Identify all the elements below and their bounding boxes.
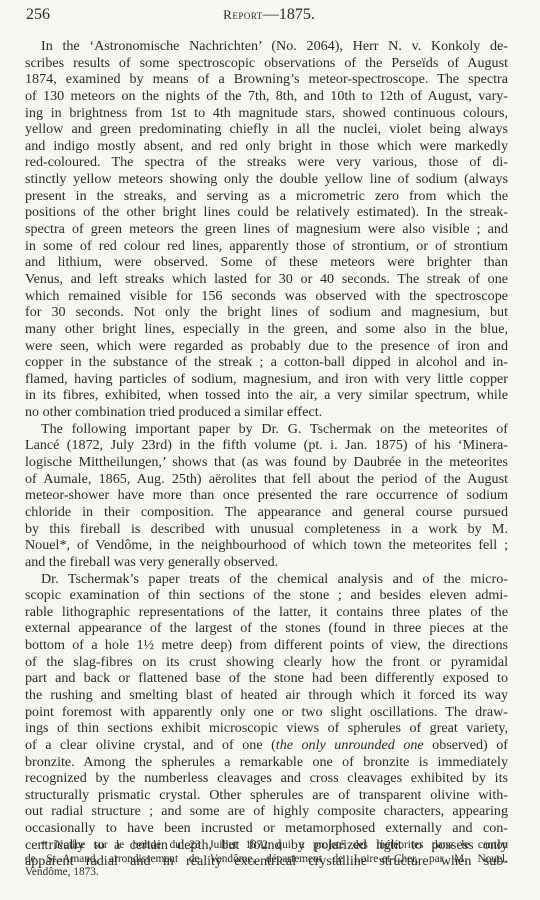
text-line: yellow and green predominating chiefly i…: [25, 121, 508, 138]
text-line: Nouel*, of Vendôme, in the neighbourhood…: [25, 537, 508, 554]
text-fragment: observed) of: [424, 737, 508, 753]
text-line: stinctly yellow meteors showing only the…: [25, 171, 508, 188]
footnote-line: Vendôme, 1873.: [25, 866, 508, 880]
text-line: 1874, examined by means of a Browning’s …: [25, 71, 508, 88]
text-line: of the slag-fibres on its crust showing …: [25, 654, 508, 671]
text-line: present in the streaks, and serving as a…: [25, 188, 508, 205]
text-line: Dr. Tschermak’s paper treats of the chem…: [25, 571, 508, 588]
running-title-suffix: —1875.: [263, 6, 315, 23]
text-line: which remained visible for 156 seconds w…: [25, 288, 508, 305]
text-line: In the ‘Astronomische Nachrichten’ (No. …: [25, 38, 508, 55]
running-title: Report—1875.: [26, 6, 512, 24]
text-line: structurally prismatic crystal. Other sp…: [25, 787, 508, 804]
text-line: chloride in their composition. The appea…: [25, 504, 508, 521]
text-line: recognized by the numberless cleavages a…: [25, 770, 508, 787]
text-line: in its fibres, exhibited, when tossed in…: [25, 387, 508, 404]
text-line: meteor-shower have more than once presen…: [25, 487, 508, 504]
text-line: rable lithographic representations of th…: [25, 604, 508, 621]
text-line: bottom of a hole 1½ metre deep) from dif…: [25, 637, 508, 654]
text-line: copper in the substance of the streak ; …: [25, 354, 508, 371]
italic-phrase: the only unrounded one: [276, 737, 424, 753]
text-line: and the fireball was very generally obse…: [25, 554, 508, 571]
text-line: point foremost with apparently only one …: [25, 704, 508, 721]
text-line: of 130 meteors on the nights of the 7th,…: [25, 88, 508, 105]
text-line: by this fireball is described with unusu…: [25, 521, 508, 538]
text-line: many other bright lines, especially in t…: [25, 321, 508, 338]
text-line: red-coloured. The spectra of the streaks…: [25, 154, 508, 171]
text-line: The following important paper by Dr. G. …: [25, 421, 508, 438]
footnote: * Notice sur le bolide du 23 Juillet 187…: [25, 839, 508, 880]
text-line: scribes results of some spectroscopic ob…: [25, 55, 508, 72]
text-line: Venus, and left streaks which lasted for…: [25, 271, 508, 288]
text-line-with-italic: of a clear olivine crystal, and of one (…: [25, 737, 508, 754]
text-line: ings of thin sections exhibit microscopi…: [25, 720, 508, 737]
text-line: external appearance of the largest of th…: [25, 620, 508, 637]
text-line: occasionally to have been incrusted or m…: [25, 820, 508, 837]
footnote-line: de St.-Amand, arrondissement de Vendôme,…: [25, 853, 508, 867]
text-line: scopic examination of thin sections of t…: [25, 587, 508, 604]
text-line: were seen, which were regarded as probab…: [25, 338, 508, 355]
text-line: and indigo mostly absent, and red only b…: [25, 138, 508, 155]
text-line: spectra of green meteors the green lines…: [25, 221, 508, 238]
text-line: of Aumale, 1865, Aug. 25th) aërolites th…: [25, 471, 508, 488]
text-line: and lithium, were observed. Some of thes…: [25, 254, 508, 271]
text-line: bronzite. Among the spherules a remarkab…: [25, 754, 508, 771]
text-line: flamed, having particles of sodium, magn…: [25, 371, 508, 388]
text-line: in some of red colour red lines, apparen…: [25, 238, 508, 255]
running-title-prefix: Report: [223, 7, 263, 22]
text-line: positions of the other bright lines coul…: [25, 204, 508, 221]
text-line: for 30 seconds. Not only the bright line…: [25, 304, 508, 321]
text-line: logische Mittheilungen,’ shows that (as …: [25, 454, 508, 471]
document-page: 256 Report—1875. In the ‘Astronomische N…: [0, 0, 540, 900]
text-fragment: of a clear olivine crystal, and of one (: [25, 737, 276, 753]
body-text: In the ‘Astronomische Nachrichten’ (No. …: [25, 38, 508, 870]
text-line: ing in brightness from 1st to 4th magnit…: [25, 105, 508, 122]
text-line: no other combination tried produced a si…: [25, 404, 508, 421]
text-line: part and back or flattened base of the s…: [25, 670, 508, 687]
text-line: Lancé (1872, July 23rd) in the fifth vol…: [25, 437, 508, 454]
footnote-line: * Notice sur le bolide du 23 Juillet 187…: [25, 839, 508, 853]
text-line: the rushing and smelting blast of heated…: [25, 687, 508, 704]
page-header: 256 Report—1875.: [26, 6, 512, 28]
text-line: out radial structure ; and some are of h…: [25, 803, 508, 820]
